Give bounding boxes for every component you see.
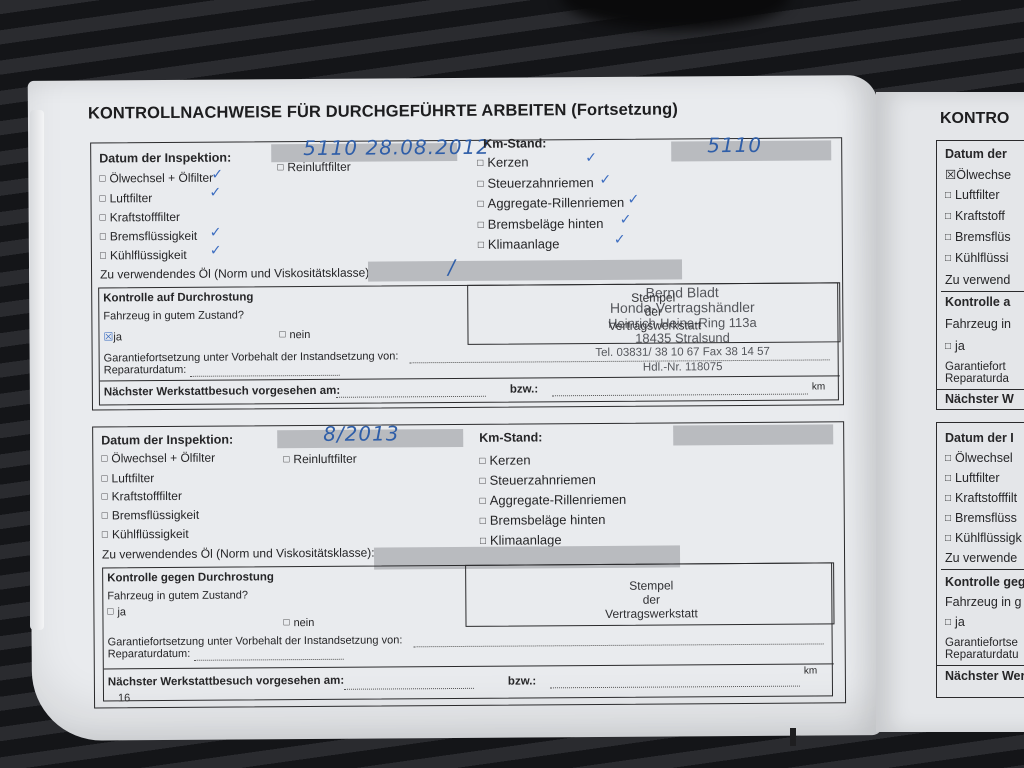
condition-no-option[interactable]: nein	[279, 329, 310, 341]
stamp-imprint-line: Honda-Vertragshändler	[562, 300, 802, 317]
item-accessory-belt[interactable]: Aggregate-Rillenriemen	[480, 492, 627, 508]
item-spark-plugs[interactable]: Kerzen	[479, 452, 530, 467]
item-oil-change[interactable]: Ölwechsel + Ölfilter	[101, 451, 215, 466]
right-entry-1: Datum der ☒Ölwechse Luftfilter Kraftstof…	[936, 140, 1024, 410]
date-handwritten: 8/2013	[323, 421, 400, 446]
next-visit-km-field[interactable]	[550, 686, 800, 689]
inspection-entry-2: Datum der Inspektion: 8/2013 Km-Stand: Ö…	[92, 421, 846, 708]
check-mark-icon: ✓	[599, 172, 611, 188]
item-rear-brake-pads[interactable]: Bremsbeläge hinten	[480, 512, 606, 528]
background-shadow	[560, 0, 790, 30]
right-next-visit-label: Nächster Wer	[945, 669, 1024, 683]
condition-question: Fahrzeug in gutem Zustand?	[103, 309, 244, 322]
right-date-label: Datum der	[945, 147, 1007, 161]
page-stack-edge	[30, 110, 44, 630]
condition-yes-option[interactable]: ja	[107, 606, 126, 618]
item-air-filter[interactable]: Luftfilter	[101, 471, 154, 485]
right-rust-title: Kontrolle a	[945, 295, 1010, 309]
right-oil-label: Zu verwend	[945, 273, 1010, 287]
right-yes-option[interactable]: ja	[945, 615, 965, 629]
repair-date-field[interactable]	[194, 659, 344, 661]
right-item[interactable]: Ölwechsel	[945, 451, 1013, 465]
oil-spec-label: Zu verwendendes Öl (Norm und Viskositäts…	[100, 266, 373, 282]
warranty-label: Garantiefortsetzung unter Vorbehalt der …	[104, 350, 399, 364]
repair-date-label: Reparaturdatum:	[104, 364, 187, 377]
date-label: Datum der Inspektion:	[99, 151, 231, 166]
check-mark-icon: ✓	[585, 150, 597, 166]
right-rust-title: Kontrolle geg	[945, 575, 1024, 589]
right-item-label: Ölwechse	[956, 168, 1011, 182]
item-timing-belt[interactable]: Steuerzahnriemen	[477, 175, 593, 191]
oil-spec-handwritten: /	[448, 255, 456, 279]
stamp-imprint-line: 18435 Stralsund	[562, 330, 802, 347]
stamp-line: Stempel	[586, 578, 716, 593]
next-visit-date-field[interactable]	[344, 688, 474, 690]
right-item[interactable]: ☒Ölwechse	[945, 167, 1011, 182]
right-item[interactable]: Kühlflüssigk	[945, 531, 1022, 545]
right-item[interactable]: Bremsflüss	[945, 511, 1017, 525]
item-brake-fluid[interactable]: Bremsflüssigkeit	[100, 229, 198, 244]
item-accessory-belt[interactable]: Aggregate-Rillenriemen	[478, 195, 625, 211]
divider	[941, 291, 1024, 292]
km-unit: km	[804, 665, 817, 676]
right-warranty-label: Garantiefortse	[945, 637, 1018, 649]
inspection-entry-1: Datum der Inspektion: 5110 28.08.2012 Km…	[90, 137, 844, 410]
condition-yes-option[interactable]: ☒ja	[103, 330, 122, 343]
rust-check-title: Kontrolle gegen Durchrostung	[107, 571, 274, 584]
yes-label: ja	[113, 331, 122, 343]
right-warranty-label: Garantiefort	[945, 361, 1006, 373]
right-item[interactable]: Kraftstoff	[945, 209, 1005, 223]
km-unit: km	[812, 381, 825, 392]
right-item[interactable]: Bremsflüs	[945, 230, 1011, 244]
divider	[937, 665, 1024, 666]
divider	[937, 389, 1024, 390]
rust-check-box: Stempel der Vertragswerkstatt Kontrolle …	[102, 562, 833, 701]
right-entry-2: Datum der I Ölwechsel Luftfilter Kraftst…	[936, 422, 1024, 698]
item-coolant[interactable]: Kühlflüssigkeit	[100, 248, 187, 263]
stamp-imprint-line: Tel. 03831/ 38 10 67 Fax 38 14 57	[563, 345, 803, 362]
next-visit-label: Nächster Werkstattbesuch vorgesehen am:	[104, 385, 340, 399]
left-page: KONTROLLNACHWEISE FÜR DURCHGEFÜHRTE ARBE…	[28, 75, 883, 741]
item-fuel-filter[interactable]: Kraftstofffilter	[100, 210, 180, 225]
km-field-shade	[673, 424, 833, 445]
item-brake-fluid[interactable]: Bremsflüssigkeit	[102, 508, 200, 523]
item-timing-belt[interactable]: Steuerzahnriemen	[479, 472, 595, 488]
item-spark-plugs[interactable]: Kerzen	[477, 154, 528, 169]
item-cabin-filter[interactable]: Reinluftfilter	[277, 160, 351, 175]
divider	[104, 663, 834, 669]
item-coolant[interactable]: Kühlflüssigkeit	[102, 527, 189, 542]
right-condition-question: Fahrzeug in	[945, 317, 1011, 331]
item-air-conditioning[interactable]: Klimaanlage	[478, 236, 560, 252]
check-mark-icon: ✓	[210, 243, 222, 259]
next-visit-label: Nächster Werkstattbesuch vorgesehen am:	[108, 675, 344, 689]
stamp-imprint-line: Heinrich-Heine-Ring 113a	[562, 315, 802, 332]
oil-spec-label: Zu verwendendes Öl (Norm und Viskositäts…	[102, 546, 375, 562]
km-handwritten: 5110	[707, 133, 762, 157]
right-item[interactable]: Luftfilter	[945, 188, 1000, 202]
date-label: Datum der Inspektion:	[101, 433, 233, 448]
km-label: Km-Stand:	[483, 136, 546, 150]
right-item[interactable]: Luftfilter	[945, 471, 1000, 485]
warranty-field[interactable]	[414, 643, 824, 647]
check-mark-icon: ✓	[211, 167, 223, 183]
repair-date-field[interactable]	[190, 375, 340, 377]
check-mark-icon: ✓	[627, 192, 639, 208]
right-date-label: Datum der I	[945, 431, 1014, 445]
right-item[interactable]: Kraftstofffilt	[945, 491, 1017, 505]
check-mark-icon: ✓	[614, 232, 626, 248]
page-number: 16	[118, 692, 130, 704]
right-item[interactable]: Kühlflüssi	[945, 251, 1009, 265]
item-oil-change[interactable]: Ölwechsel + Ölfilter	[99, 171, 213, 186]
item-fuel-filter[interactable]: Kraftstofffilter	[102, 489, 182, 504]
divider	[941, 569, 1024, 570]
check-mark-icon: ✓	[209, 185, 221, 201]
alt-label: bzw.:	[510, 383, 538, 395]
warranty-label: Garantiefortsetzung unter Vorbehalt der …	[108, 634, 403, 648]
right-page: KONTRO Datum der ☒Ölwechse Luftfilter Kr…	[876, 92, 1024, 732]
right-next-visit-label: Nächster W	[945, 392, 1014, 406]
oil-spec-field[interactable]	[368, 259, 682, 281]
check-mark-icon: ✓	[620, 212, 632, 228]
right-condition-question: Fahrzeug in g	[945, 595, 1021, 609]
rust-check-title: Kontrolle auf Durchrostung	[103, 291, 253, 304]
stamp-line: Vertragswerkstatt	[586, 606, 716, 621]
item-rear-brake-pads[interactable]: Bremsbeläge hinten	[478, 216, 604, 232]
repair-date-label: Reparaturdatum:	[108, 648, 191, 661]
stamp-printed-label: Stempel der Vertragswerkstatt	[586, 578, 716, 621]
next-visit-date-field[interactable]	[336, 396, 486, 398]
cross-mark-icon: ☒	[945, 168, 956, 182]
next-visit-km-field[interactable]	[552, 394, 808, 397]
alt-label: bzw.:	[508, 675, 536, 687]
right-repair-date-label: Reparaturda	[945, 373, 1009, 385]
stamp-box: Stempel der Vertragswerkstatt	[465, 562, 834, 627]
date-handwritten: 5110 28.08.2012	[303, 135, 490, 160]
binding-mark	[790, 728, 796, 746]
stamp-imprint-line: Hdl.-Nr. 118075	[563, 360, 803, 377]
km-label: Km-Stand:	[479, 430, 542, 444]
dealer-stamp-imprint: Bernd Bladt Honda-Vertragshändler Heinri…	[562, 285, 803, 377]
right-oil-label: Zu verwende	[945, 551, 1017, 565]
right-yes-option[interactable]: ja	[945, 339, 965, 353]
cross-mark-icon: ☒	[103, 331, 113, 343]
check-mark-icon: ✓	[210, 225, 222, 241]
item-cabin-filter[interactable]: Reinluftfilter	[283, 452, 357, 467]
right-repair-date-label: Reparaturdatu	[945, 649, 1019, 661]
right-page-title: KONTRO	[940, 110, 1009, 128]
condition-question: Fahrzeug in gutem Zustand?	[107, 589, 248, 602]
condition-no-option[interactable]: nein	[283, 617, 314, 629]
page-title: KONTROLLNACHWEISE FÜR DURCHGEFÜHRTE ARBE…	[88, 100, 678, 123]
item-air-filter[interactable]: Luftfilter	[99, 191, 152, 205]
stamp-line: der	[586, 592, 716, 607]
